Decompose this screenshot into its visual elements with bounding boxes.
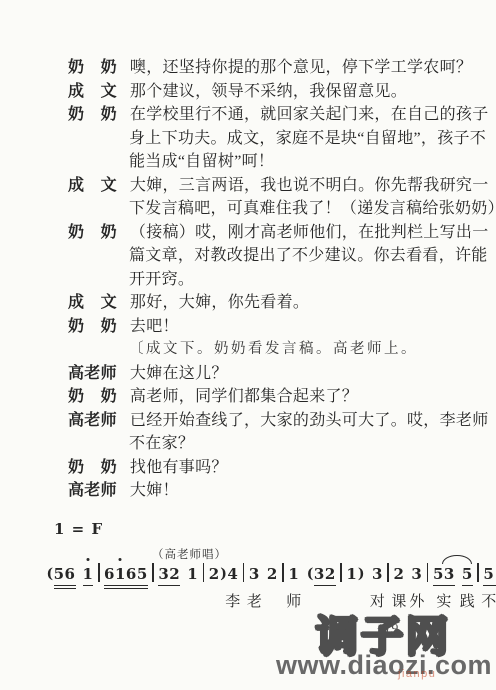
dialogue-line: 下发言稿吧，可真难住我了！（递发言稿给张奶奶） — [129, 197, 496, 221]
bar-line — [282, 563, 284, 582]
dialogue-row: 高老师大婶在这儿？ — [68, 362, 470, 386]
speaker-label: 成 文 — [68, 174, 117, 198]
jianpu-note: 5 — [137, 565, 148, 586]
dialogue-row: 成 文那个建议，领导不采纳，我保留意见。 — [68, 80, 470, 104]
jianpu-note: 1 — [346, 565, 357, 583]
bar-line — [477, 563, 479, 582]
speaker-label: 高老师 — [68, 479, 117, 503]
dialogue-line: 大婶！ — [130, 479, 470, 503]
dialogue-line: 篇文章，对教改提出了不少建议。你去看看，许能 — [129, 244, 488, 268]
dialogue-row: 高老师大婶！ — [68, 479, 470, 503]
bar-line — [427, 563, 429, 582]
dialogue-line: 那个建议，领导不采纳，我保留意见。 — [130, 80, 470, 104]
jianpu-note: 53实 — [433, 565, 455, 586]
speaker-label: 奶 奶 — [68, 385, 117, 409]
dialogue-row: 奶 奶找他有事吗？ — [68, 456, 470, 480]
speaker-label: 奶 奶 — [68, 456, 117, 480]
dialogue-line: 开开窍。 — [129, 268, 470, 292]
dialogue-line: 不在家？ — [129, 432, 470, 456]
jianpu-note: 2 — [267, 565, 278, 583]
jianpu-note: 5践 — [462, 565, 473, 586]
beam-group: 5不4 — [483, 565, 496, 586]
dialogue-line: 大婶在这儿？ — [130, 362, 470, 386]
lyric: 师 — [286, 590, 301, 611]
dialogue-row: 能当成“自留树”呵！ — [68, 150, 470, 174]
lyric: 李 — [225, 590, 240, 611]
jianpu-note: 1 — [83, 565, 94, 586]
dialogue-line: 已经开始查线了，大家的劲头可大了。哎，李老师 — [130, 409, 489, 433]
jianpu-note: 6 — [104, 565, 115, 586]
dialogue-row: 成 文那好，大婶，你先看着。 — [68, 291, 470, 315]
speaker-label — [68, 244, 116, 268]
dialogue-row: 成 文大婶，三言两语，我也说不明白。你先帮我研究一 — [68, 174, 470, 198]
jianpu-note: 32 — [158, 565, 180, 586]
speaker-label — [68, 127, 116, 151]
singer-label: （高老师唱） — [152, 546, 227, 562]
dialogue-row: 奶 奶（接稿）哎，刚才高老师他们，在批判栏上写出一 — [68, 221, 470, 245]
speaker-label — [68, 432, 116, 456]
key-signature: 1 = F — [54, 520, 488, 538]
phrase-paren: ) — [220, 566, 227, 582]
dialogue-line: （接稿）哎，刚才高老师他们，在批判栏上写出一 — [130, 221, 489, 245]
bar-line — [152, 563, 154, 582]
watermark-url: www.diaozi.com — [276, 650, 492, 681]
stage-direction: 〔成文下。奶奶看发言稿。高老师上。 — [129, 338, 418, 362]
dialogue-row: 高老师已经开始查线了，大家的劲头可大了。哎，李老师 — [68, 409, 470, 433]
stage-direction-row: 〔成文下。奶奶看发言稿。高老师上。 — [68, 338, 470, 362]
speaker-label: 奶 奶 — [68, 221, 117, 245]
dialogue-line: 噢，还坚持你提的那个意见，停下学工学农呵？ — [130, 56, 472, 80]
bar-line — [98, 563, 100, 582]
speaker-label: 高老师 — [68, 409, 117, 433]
speaker-label: 奶 奶 — [68, 315, 117, 339]
scanned-script-page: 奶 奶噢，还坚持你提的那个意见，停下学工学农呵？成 文那个建议，领导不采纳，我保… — [0, 0, 496, 690]
jianpu-note: 56 — [54, 565, 76, 586]
jianpu-note: 5不 — [483, 565, 494, 583]
jianpu-note: 32 — [314, 565, 336, 586]
dialogue-line: 找他有事吗？ — [130, 456, 470, 480]
jianpu-note: 2 — [209, 565, 220, 583]
octave-dot — [86, 558, 89, 561]
bar-line — [340, 563, 342, 582]
speaker-label: 成 文 — [68, 291, 117, 315]
speaker-label — [68, 197, 116, 221]
speaker-label: 奶 奶 — [68, 103, 117, 127]
bar-line — [243, 563, 245, 582]
dialogue-line: 高老师，同学们都集合起来了？ — [130, 385, 470, 409]
jianpu-note: 2课 — [393, 565, 404, 583]
speaker-label — [68, 150, 116, 174]
speaker-label: 高老师 — [68, 362, 117, 386]
jianpu-note: 1 — [187, 565, 198, 583]
music-section: 1 = F （高老师唱） (56161653212)4李3老21师(321)3对… — [46, 520, 488, 614]
phrase-paren: ( — [307, 566, 314, 582]
dialogue-line: 大婶，三言两语，我也说不明白。你先帮我研究一 — [130, 174, 489, 198]
tie-group: 53实5践 — [433, 565, 473, 586]
jianpu-note: 1 — [115, 565, 126, 586]
dialogue-block: 奶 奶噢，还坚持你提的那个意见，停下学工学农呵？成 文那个建议，领导不采纳，我保… — [68, 56, 470, 503]
phrase-paren: ( — [47, 566, 54, 582]
dialogue-row: 篇文章，对教改提出了不少建议。你去看看，许能 — [68, 244, 470, 268]
dialogue-row: 奶 奶在学校里行不通，就回家关起门来，在自己的孩子 — [68, 103, 470, 127]
speaker-label: 奶 奶 — [68, 56, 117, 80]
dialogue-row: 奶 奶高老师，同学们都集合起来了？ — [68, 385, 470, 409]
speaker-label — [68, 268, 116, 292]
jianpu-note: 3对 — [372, 565, 383, 583]
dialogue-row: 不在家？ — [68, 432, 470, 456]
dialogue-row: 下发言稿吧，可真难住我了！（递发言稿给张奶奶） — [68, 197, 470, 221]
lyric: 践 — [460, 590, 475, 611]
dialogue-line: 在学校里行不通，就回家关起门来，在自己的孩子 — [130, 103, 489, 127]
bar-line — [203, 563, 205, 582]
dialogue-row: 奶 奶噢，还坚持你提的那个意见，停下学工学农呵？ — [68, 56, 470, 80]
jianpu-note: 3外 — [411, 565, 422, 583]
watermark-red-text: jianpu — [398, 668, 436, 680]
jianpu-note: 6 — [126, 565, 137, 586]
dialogue-line: 身上下功夫。成文，家庭不是块“自留地”，孩子不 — [129, 127, 486, 151]
dialogue-row: 开开窍。 — [68, 268, 470, 292]
dialogue-row: 身上下功夫。成文，家庭不是块“自留地”，孩子不 — [68, 127, 470, 151]
speaker-label: 成 文 — [68, 80, 117, 104]
dialogue-line: 去吧！ — [130, 315, 470, 339]
dialogue-line: 能当成“自留树”呵！ — [129, 150, 470, 174]
jianpu-note: 4李 — [227, 565, 238, 583]
lyric: 不 — [481, 590, 496, 611]
lyric: 老 — [247, 590, 262, 611]
octave-dot — [119, 558, 122, 561]
jianpu-note: 1师 — [288, 565, 299, 583]
dialogue-line: 那好，大婶，你先看着。 — [130, 291, 470, 315]
dialogue-row: 奶 奶去吧！ — [68, 315, 470, 339]
jianpu-note: 3老 — [249, 565, 260, 583]
phrase-paren: ) — [358, 566, 365, 582]
bar-line — [387, 563, 389, 582]
